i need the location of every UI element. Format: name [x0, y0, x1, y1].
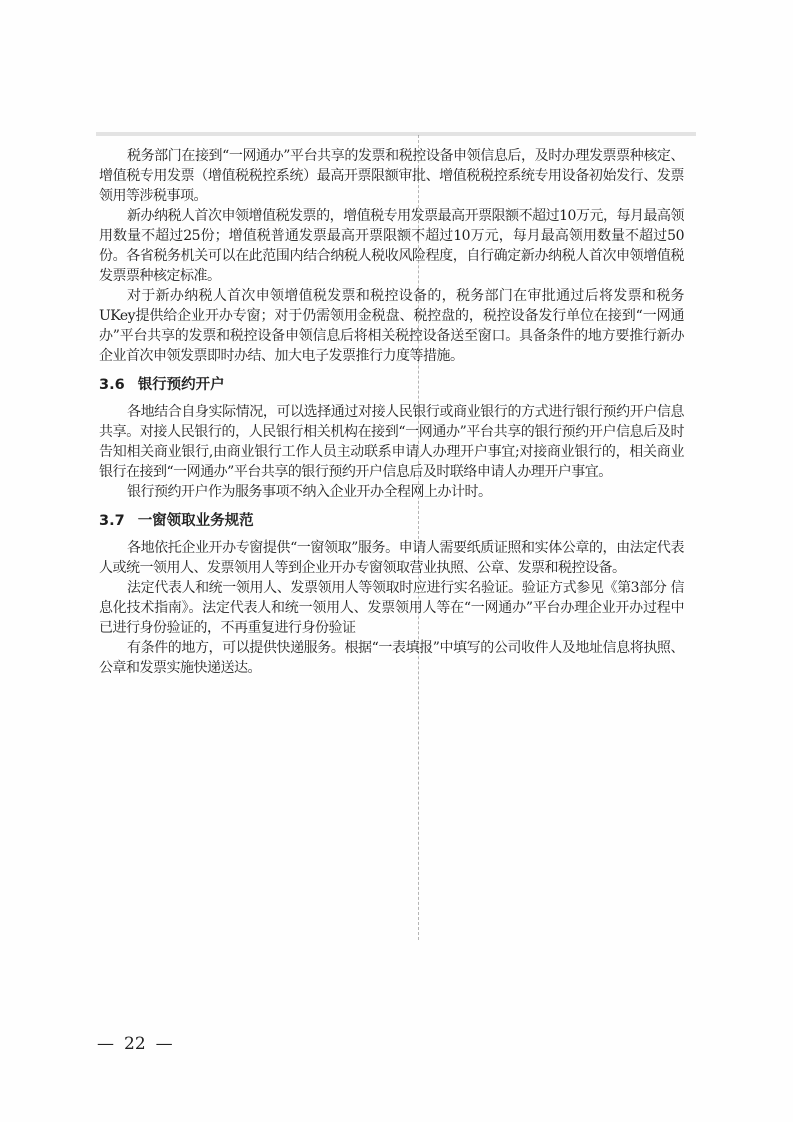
footer-dash-left: — [97, 1033, 114, 1055]
section-title: 一窗领取业务规范 [138, 513, 254, 529]
paragraph-identity-verification: 法定代表人和统一领用人、发票领用人等领取时应进行实名验证。验证方式参见《第3部分… [99, 578, 684, 638]
section-number: 3.6 [99, 375, 125, 395]
scanned-document-page: 税务部门在接到“一网通办”平台共享的发票和税控设备申领信息后，及时办理发票票种核… [0, 0, 793, 1122]
page-footer: — 22 — [97, 1033, 173, 1055]
section-heading-3-6: 3.6银行预约开户 [99, 375, 684, 395]
scan-smudge-band [96, 132, 696, 136]
paragraph-invoice-quota-limits: 新办纳税人首次申领增值税发票的，增值税专用发票最高开票限额不超过10万元，每月最… [99, 206, 684, 286]
paragraph-ukey-tax-device-delivery: 对于新办纳税人首次申领增值税发票和税控设备的，税务部门在审批通过后将发票和税务U… [99, 286, 684, 366]
section-number: 3.7 [99, 511, 125, 531]
paragraph-tax-invoice-processing: 税务部门在接到“一网通办”平台共享的发票和税控设备申领信息后，及时办理发票票种核… [99, 146, 684, 206]
section-heading-3-7: 3.7一窗领取业务规范 [99, 511, 684, 531]
paragraph-bank-account-info-sharing: 各地结合自身实际情况，可以选择通过对接人民银行或商业银行的方式进行银行预约开户信… [99, 402, 684, 482]
page-number: 22 [124, 1033, 146, 1055]
document-body: 税务部门在接到“一网通办”平台共享的发票和税控设备申领信息后，及时办理发票票种核… [99, 146, 684, 678]
section-title: 银行预约开户 [138, 377, 225, 393]
footer-dash-right: — [156, 1033, 173, 1055]
paragraph-express-delivery: 有条件的地方，可以提供快递服务。根据“一表填报”中填写的公司收件人及地址信息将执… [99, 638, 684, 678]
paragraph-bank-account-not-timed: 银行预约开户作为服务事项不纳入企业开办全程网上办计时。 [99, 482, 684, 502]
paragraph-one-window-pickup-service: 各地依托企业开办专窗提供“一窗领取”服务。申请人需要纸质证照和实体公章的，由法定… [99, 538, 684, 578]
